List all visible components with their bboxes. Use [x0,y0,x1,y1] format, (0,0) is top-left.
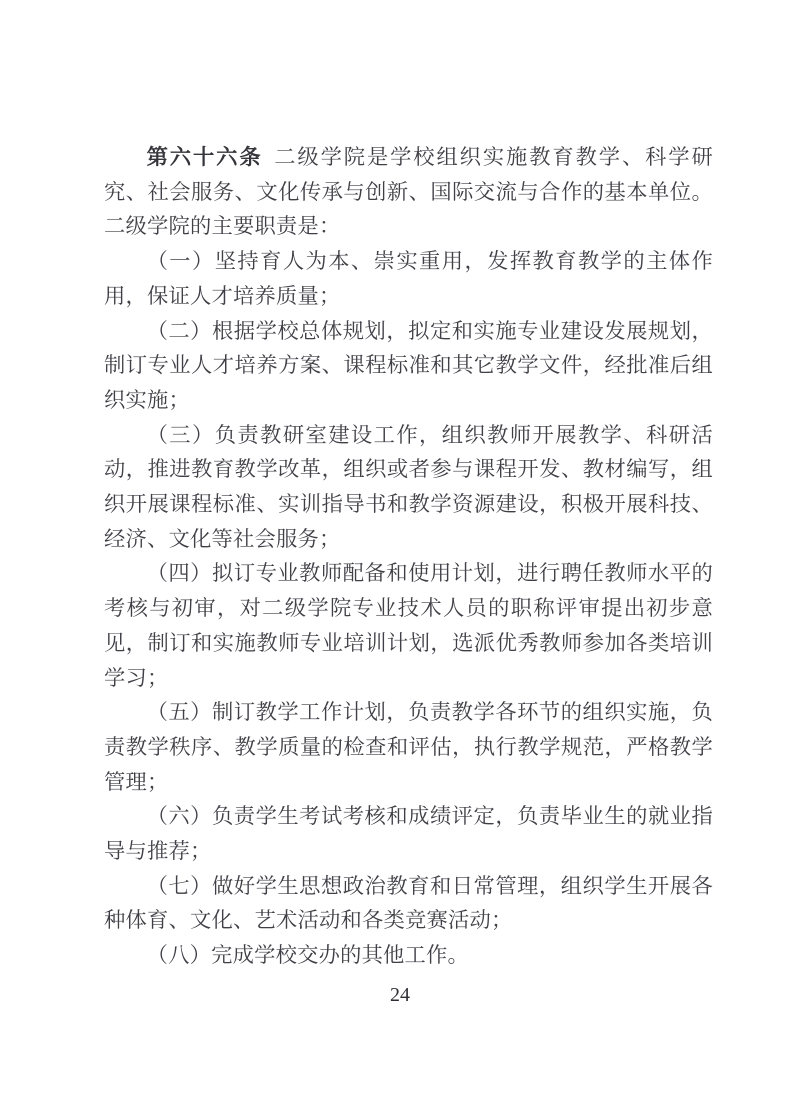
article-item: （五）制订教学工作计划，负责教学各环节的组织实施，负责教学秩序、教学质量的检查和… [104,695,713,799]
article-item: （二）根据学校总体规划，拟定和实施专业建设发展规划，制订专业人才培养方案、课程标… [104,314,713,418]
document-page: 第六十六条二级学院是学校组织实施教育教学、科学研究、社会服务、文化传承与创新、国… [0,0,800,1115]
article-items: （一）坚持育人为本、崇实重用，发挥教育教学的主体作用，保证人才培养质量；（二）根… [104,244,713,973]
article-item: （六）负责学生考试考核和成绩评定，负责毕业生的就业指导与推荐； [104,799,713,868]
article-item: （八）完成学校交办的其他工作。 [104,938,713,973]
article-number-heading: 第六十六条 [147,145,263,169]
article-body: 第六十六条二级学院是学校组织实施教育教学、科学研究、社会服务、文化传承与创新、国… [104,140,713,973]
article-opening-paragraph: 第六十六条二级学院是学校组织实施教育教学、科学研究、社会服务、文化传承与创新、国… [104,140,713,244]
article-item: （三）负责教研室建设工作，组织教师开展教学、科研活动，推进教育教学改革，组织或者… [104,418,713,557]
article-item: （一）坚持育人为本、崇实重用，发挥教育教学的主体作用，保证人才培养质量； [104,244,713,313]
article-item: （七）做好学生思想政治教育和日常管理，组织学生开展各种体育、文化、艺术活动和各类… [104,869,713,938]
page-number: 24 [390,984,410,1006]
article-item: （四）拟订专业教师配备和使用计划，进行聘任教师水平的考核与初审，对二级学院专业技… [104,556,713,695]
page-footer: 24 [0,982,800,1008]
